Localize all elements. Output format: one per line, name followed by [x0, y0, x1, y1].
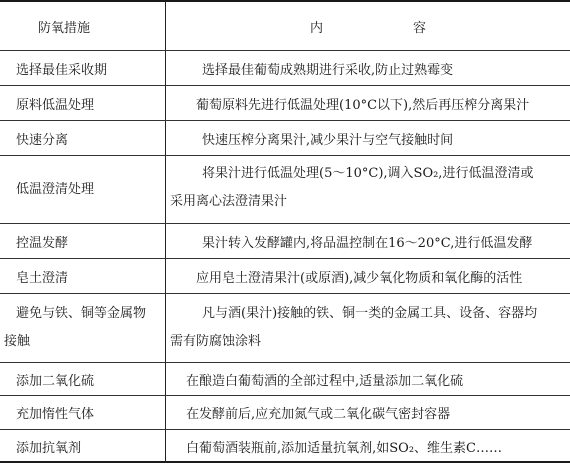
- table-row: 皂土澄清 应用皂土澄清果汁(或原酒),减少氧化物质和氧化酶的活性: [0, 259, 570, 294]
- measure-cell: 低温澄清处理: [0, 156, 166, 223]
- content-cell: 应用皂土澄清果汁(或原酒),减少氧化物质和氧化酶的活性: [166, 259, 570, 293]
- table-row: 低温澄清处理 将果汁进行低温处理(5～10°C),调入SO₂,进行低温澄清或 采…: [0, 156, 570, 224]
- content-cell: 凡与酒(果汁)接触的铁、铜一类的金属工具、设备、容器均 需有防腐蚀涂料: [166, 294, 570, 362]
- table-row: 添加二氧化硫 在酿造白葡萄酒的全部过程中,适量添加二氧化硫: [0, 363, 570, 396]
- table-row: 控温发酵 果汁转入发酵罐内,将品温控制在16～20°C,进行低温发酵: [0, 224, 570, 259]
- measure-cell: 快速分离: [0, 121, 166, 155]
- content-cell: 将果汁进行低温处理(5～10°C),调入SO₂,进行低温澄清或 采用离心法澄清果…: [166, 156, 570, 223]
- measure-cell: 选择最佳采收期: [0, 51, 166, 85]
- anti-oxidation-table: 防氧措施 内容 选择最佳采收期 选择最佳葡萄成熟期进行采收,防止过熟霉变 原料低…: [0, 0, 570, 463]
- measure-cell: 添加抗氧剂: [0, 430, 166, 463]
- measure-cell: 原料低温处理: [0, 86, 166, 120]
- measure-cell: 充加惰性气体: [0, 396, 166, 429]
- header-content-char-1: 内: [310, 17, 323, 36]
- measure-line-1: 避免与铁、铜等金属物: [4, 300, 165, 328]
- content-line-2: 需有防腐蚀涂料: [170, 328, 560, 356]
- table-row: 避免与铁、铜等金属物 接触 凡与酒(果汁)接触的铁、铜一类的金属工具、设备、容器…: [0, 294, 570, 363]
- content-cell: 葡萄原料先进行低温处理(10°C以下),然后再压榨分离果汁: [166, 86, 570, 120]
- content-cell: 在酿造白葡萄酒的全部过程中,适量添加二氧化硫: [166, 363, 570, 395]
- table-row: 添加抗氧剂 白葡萄酒装瓶前,添加适量抗氧剂,如SO₂、维生素C……: [0, 430, 570, 463]
- table-row: 原料低温处理 葡萄原料先进行低温处理(10°C以下),然后再压榨分离果汁: [0, 86, 570, 121]
- content-line-1: 凡与酒(果汁)接触的铁、铜一类的金属工具、设备、容器均: [170, 300, 560, 328]
- measure-cell: 避免与铁、铜等金属物 接触: [0, 294, 166, 362]
- table-header-row: 防氧措施 内容: [0, 2, 570, 51]
- measure-cell: 皂土澄清: [0, 259, 166, 293]
- content-cell: 白葡萄酒装瓶前,添加适量抗氧剂,如SO₂、维生素C……: [166, 430, 570, 463]
- content-line-1: 将果汁进行低温处理(5～10°C),调入SO₂,进行低温澄清或: [170, 160, 560, 188]
- table-row: 快速分离 快速压榨分离果汁,减少果汁与空气接触时间: [0, 121, 570, 156]
- content-cell: 快速压榨分离果汁,减少果汁与空气接触时间: [166, 121, 570, 155]
- measure-cell: 控温发酵: [0, 224, 166, 258]
- measure-cell: 添加二氧化硫: [0, 363, 166, 395]
- header-measure: 防氧措施: [0, 2, 166, 50]
- header-content: 内容: [166, 2, 570, 50]
- header-content-char-2: 容: [413, 17, 426, 36]
- table-row: 选择最佳采收期 选择最佳葡萄成熟期进行采收,防止过熟霉变: [0, 51, 570, 86]
- measure-line-2: 接触: [4, 328, 165, 356]
- content-cell: 选择最佳葡萄成熟期进行采收,防止过熟霉变: [166, 51, 570, 85]
- content-cell: 果汁转入发酵罐内,将品温控制在16～20°C,进行低温发酵: [166, 224, 570, 258]
- content-cell: 在发酵前后,应充加氮气或二氧化碳气密封容器: [166, 396, 570, 429]
- table-row: 充加惰性气体 在发酵前后,应充加氮气或二氧化碳气密封容器: [0, 396, 570, 430]
- content-line-2: 采用离心法澄清果汁: [170, 188, 560, 216]
